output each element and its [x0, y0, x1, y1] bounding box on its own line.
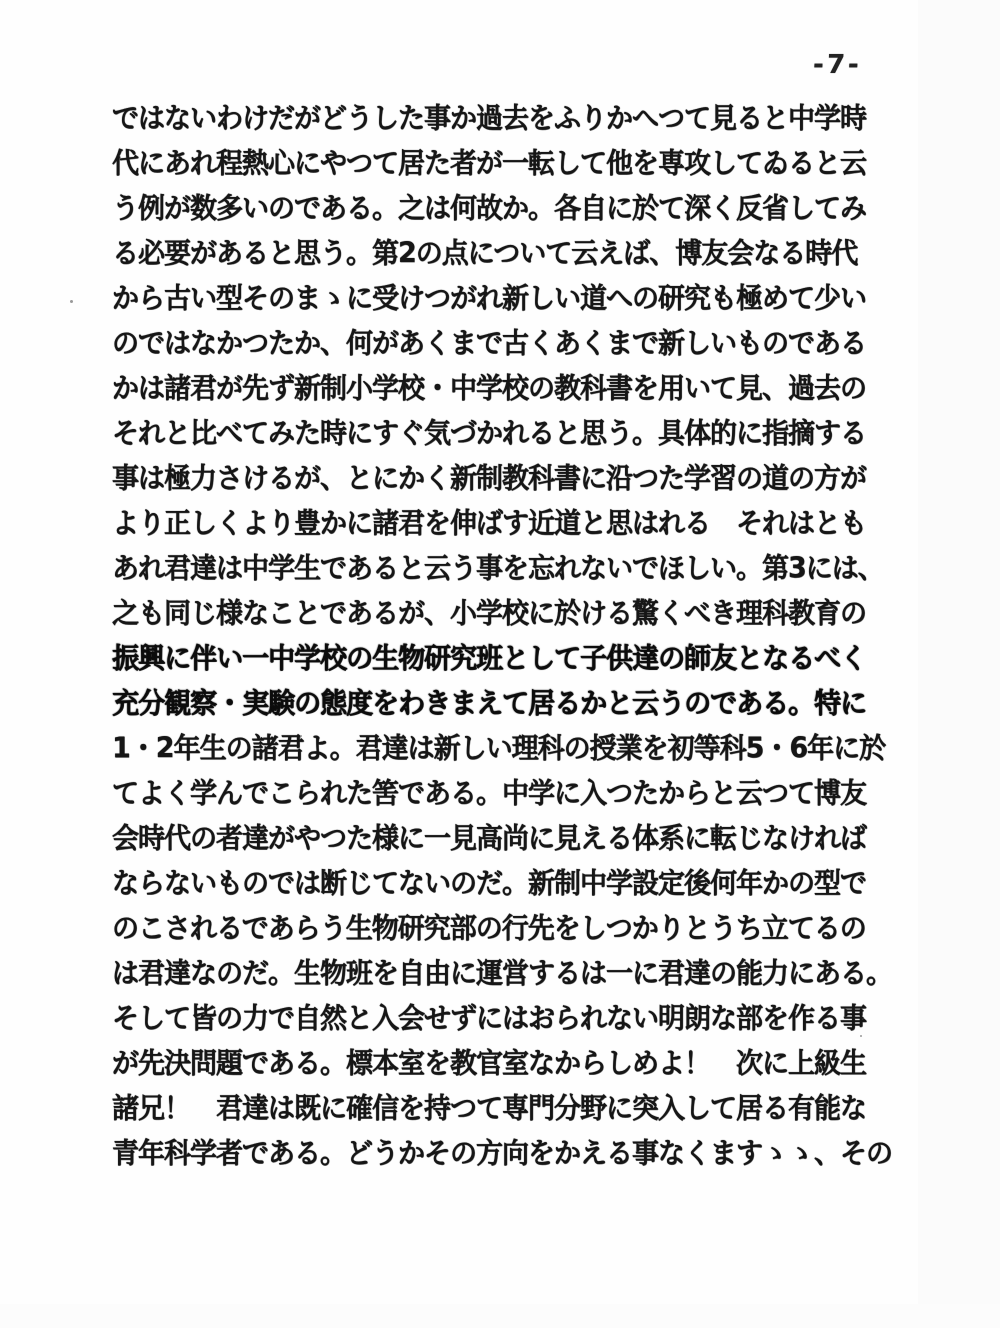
page-number: -7-: [813, 50, 863, 80]
scan-noise-speck: [70, 300, 73, 303]
text-line: 1・2年生の諸君よ。君達は新しい理科の授業を初等科5・6年に於: [112, 725, 902, 772]
text-line: 代にあれ程熱心にやつて居た者が一転して他を専攻してゐると云: [112, 140, 902, 187]
text-line: あれ君達は中学生であると云う事を忘れないでほしい。第3には、: [112, 545, 902, 592]
text-line: 充分観察・実験の態度をわきまえて居るかと云うのである。特に: [112, 680, 902, 727]
scan-noise-speck: [860, 1035, 862, 1037]
text-line: 振興に伴い一中学校の生物研究班として子供達の師友となるべく: [112, 635, 902, 682]
text-line: 之も同じ様なことであるが、小学校に於ける驚くべき理科教育の: [112, 590, 902, 637]
text-line: それと比べてみた時にすぐ気づかれると思う。具体的に指摘する: [112, 410, 902, 457]
text-line: る必要があると思う。第2の点について云えば、博友会なる時代: [112, 230, 902, 277]
text-line: 青年科学者である。どうかその方向をかえる事なくますゝゝ、その: [112, 1130, 902, 1177]
text-line: てよく学んでこられた筈である。中学に入つたからと云つて博友: [112, 770, 902, 817]
text-block: ではないわけだがどうした事か過去をふりかへつて見ると中学時代にあれ程熱心にやつて…: [112, 96, 902, 1176]
text-line: ならないものでは断じてないのだ。新制中学設定後何年かの型で: [112, 860, 902, 907]
text-line: ではないわけだがどうした事か過去をふりかへつて見ると中学時: [112, 95, 902, 142]
text-line: そして皆の力で自然と入会せずにはおられない明朗な部を作る事: [112, 995, 902, 1042]
scanned-document-page: -7- ではないわけだがどうした事か過去をふりかへつて見ると中学時代にあれ程熱心…: [0, 0, 1000, 1328]
text-line: のこされるであらう生物研究部の行先をしつかりとうち立てるの: [112, 905, 902, 952]
scan-edge-shadow-right: [918, 0, 1000, 1328]
text-line: う例が数多いのである。之は何故か。各自に於て深く反省してみ: [112, 185, 902, 232]
text-line: のではなかつたか、何があくまで古くあくまで新しいものである: [112, 320, 902, 367]
text-line: かは諸君が先ず新制小学校・中学校の教科書を用いて見、過去の: [112, 365, 902, 412]
text-line: 会時代の者達がやつた様に一見高尚に見える体系に転じなければ: [112, 815, 902, 862]
text-line: から古い型そのまゝに受けつがれ新しい道への研究も極めて少い: [112, 275, 902, 322]
text-line: 諸兄！ 君達は既に確信を持つて専門分野に突入して居る有能な: [112, 1085, 902, 1132]
scan-edge-shadow-bottom: [0, 1304, 1000, 1328]
text-line: が先決問題である。標本室を教官室なからしめよ！ 次に上級生: [112, 1040, 902, 1087]
text-line: は君達なのだ。生物班を自由に運営するは一に君達の能力にある。: [112, 950, 902, 997]
text-line: 事は極力さけるが、とにかく新制教科書に沿つた学習の道の方が: [112, 455, 902, 502]
scan-noise-speck: [300, 735, 302, 737]
text-line: より正しくより豊かに諸君を伸ばす近道と思はれる それはとも: [112, 500, 902, 547]
